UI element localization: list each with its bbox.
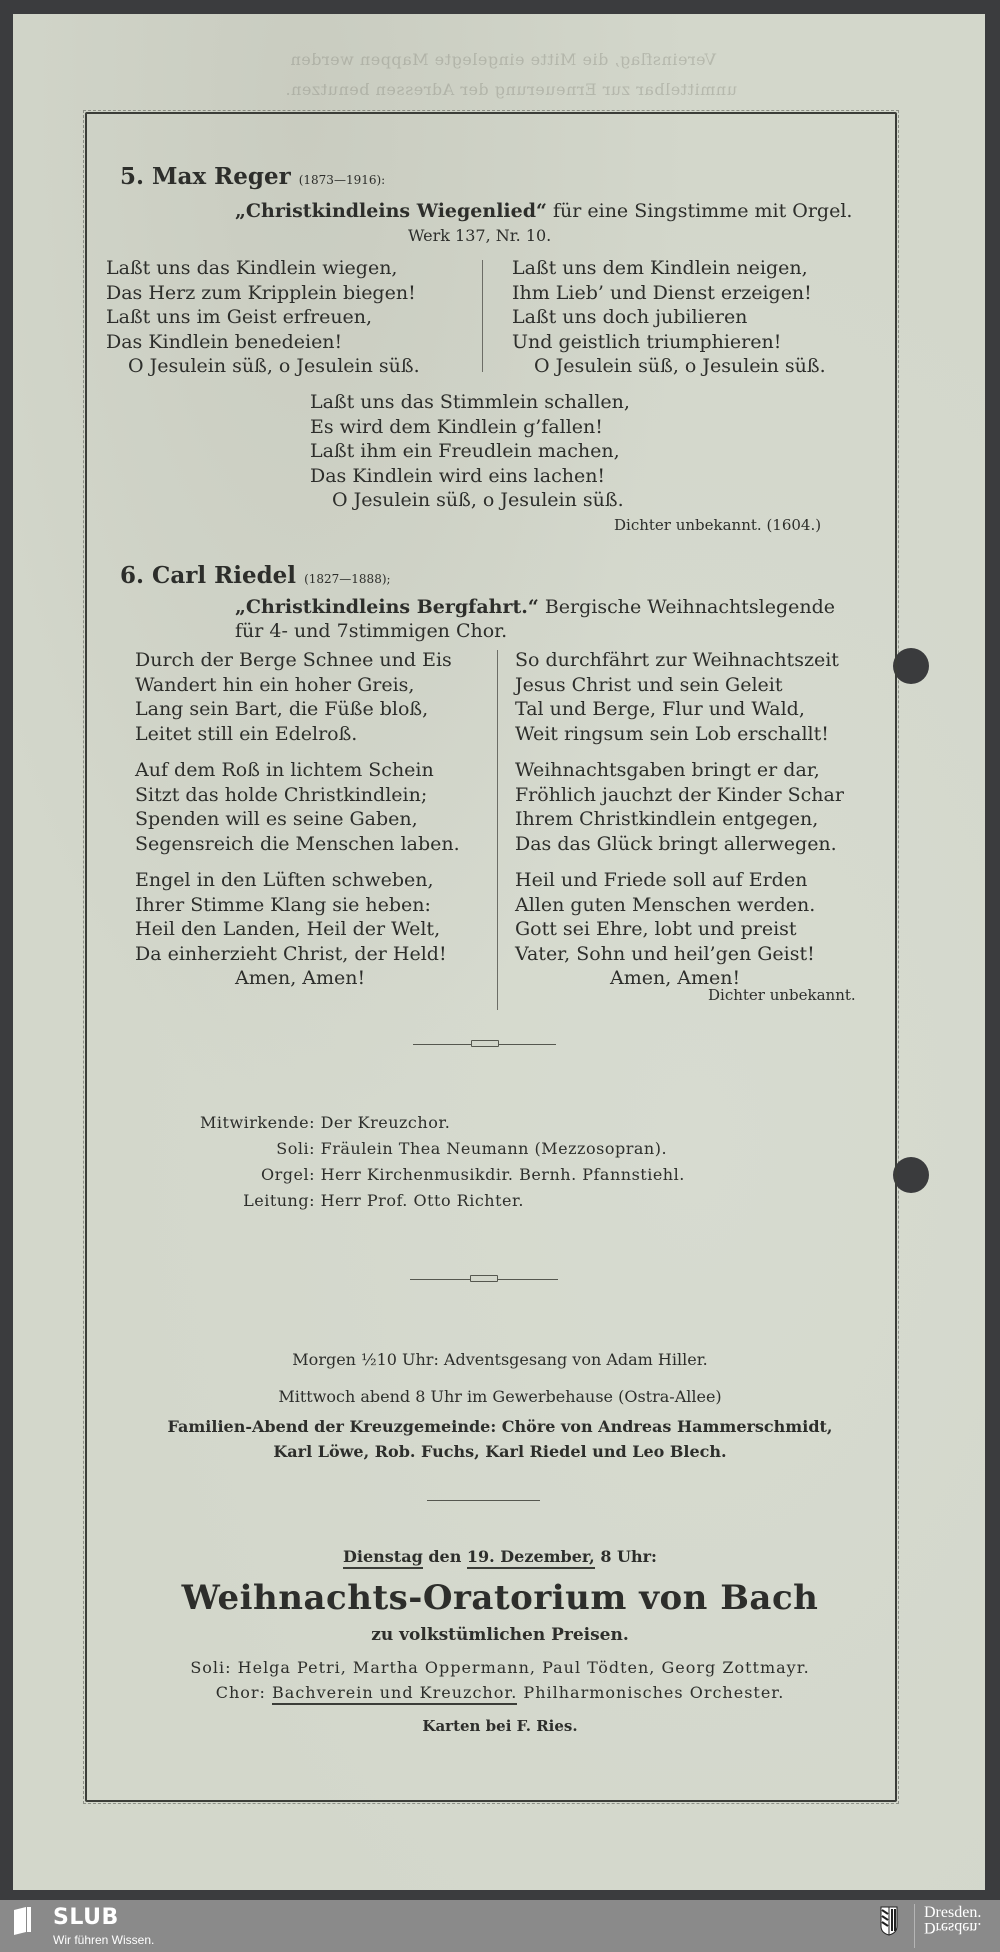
verse-line: Fröhlich jauchzt der Kinder Schar — [515, 783, 844, 808]
opus-number: Werk 137, Nr. 10. — [408, 226, 551, 245]
stanza: Auf dem Roß in lichtem Schein Sitzt das … — [135, 758, 460, 856]
library-footer: SLUB Wir führen Wissen. Dresden. Dresden… — [0, 1900, 1000, 1952]
verse-line: Leitet still ein Edelroß. — [135, 722, 460, 747]
verse-line: Durch der Berge Schnee und Eis — [135, 648, 460, 673]
verse-line: Und geistlich triumphieren! — [512, 330, 826, 355]
oratorio-title: Weihnachts-Oratorium von Bach — [0, 1578, 1000, 1618]
stanza: Durch der Berge Schnee und Eis Wandert h… — [135, 648, 460, 746]
piece-5-heading: 5. Max Reger (1873—1916): — [120, 163, 385, 190]
verse-line: Laßt ihm ein Freudlein machen, — [310, 439, 630, 464]
performer-row: Orgel: Herr Kirchenmusikdir. Bernh. Pfan… — [150, 1162, 685, 1188]
verse-line: Da einherzieht Christ, der Held! — [135, 942, 460, 967]
performers-list: Mitwirkende: Der Kreuzchor. Soli: Fräule… — [150, 1110, 685, 1214]
work-scoring: für 4- und 7stimmigen Chor. — [235, 620, 507, 642]
ticket-info: Karten bei F. Ries. — [0, 1717, 1000, 1735]
separator-rule — [427, 1500, 540, 1501]
performer-name: Der Kreuzchor. — [321, 1113, 451, 1132]
verse-left: Durch der Berge Schnee und Eis Wandert h… — [135, 648, 460, 1003]
oratorio-subtitle: zu volkstümlichen Preisen. — [0, 1625, 1000, 1645]
soli-label: Soli: — [190, 1658, 231, 1677]
slub-book-icon — [12, 1906, 34, 1936]
verse-line: Laßt uns im Geist erfreuen, — [106, 305, 420, 330]
composer-years: (1873—1916): — [299, 173, 385, 187]
verse-line: Ihm Lieb’ und Dienst erzeigen! — [512, 281, 826, 306]
piece-6-title: „Christkindleins Bergfahrt.“ Bergische W… — [235, 596, 835, 618]
oratorio-date: Dienstag den 19. Dezember, 8 Uhr: — [0, 1547, 1000, 1566]
announcement-composers: Karl Löwe, Rob. Fuchs, Karl Riedel und L… — [0, 1442, 1000, 1461]
footer-divider — [914, 1904, 915, 1948]
chor-names: Bachverein und Kreuzchor. — [272, 1683, 517, 1705]
poet-credit: Dichter unbekannt. (1604.) — [614, 516, 821, 534]
refrain-line: O Jesulein süß, o Jesulein süß. — [106, 354, 420, 379]
announcement-family-evening: Familien-Abend der Kreuzgemeinde: Chöre … — [0, 1417, 1000, 1436]
performer-row: Mitwirkende: Der Kreuzchor. — [150, 1110, 685, 1136]
column-divider — [497, 650, 498, 1010]
amen-line: Amen, Amen! — [135, 966, 460, 991]
oratorio-soloists: Soli: Helga Petri, Martha Oppermann, Pau… — [0, 1658, 1000, 1677]
refrain-line: O Jesulein süß, o Jesulein süß. — [310, 488, 630, 513]
column-divider — [482, 260, 483, 372]
chor-label: Chor: — [216, 1683, 266, 1702]
verse-line: Es wird dem Kindlein g’fallen! — [310, 415, 630, 440]
orchestra-name: Philharmonisches Orchester. — [517, 1683, 784, 1702]
work-title: „Christkindleins Wiegenlied“ — [235, 200, 547, 222]
performer-role: Orgel: — [150, 1162, 315, 1188]
date-day: Dienstag — [343, 1547, 423, 1569]
verse-line: Sitzt das holde Christkindlein; — [135, 783, 460, 808]
slub-logo-text: SLUB — [53, 1905, 119, 1930]
stanza: Engel in den Lüften schweben, Ihrer Stim… — [135, 868, 460, 991]
verse-line: Tal und Berge, Flur und Wald, — [515, 697, 844, 722]
work-scoring: für eine Singstimme mit Orgel. — [547, 200, 853, 222]
work-title: „Christkindleins Bergfahrt.“ — [235, 596, 539, 618]
verse-right: Laßt uns dem Kindlein neigen, Ihm Lieb’ … — [512, 256, 826, 379]
stanza: Weihnachtsgaben bringt er dar, Fröhlich … — [515, 758, 844, 856]
performer-name: Fräulein Thea Neumann (Mezzosopran). — [321, 1139, 667, 1158]
stanza: So durchfährt zur Weihnachtszeit Jesus C… — [515, 648, 844, 746]
verse-line: Laßt uns das Kindlein wiegen, — [106, 256, 420, 281]
verse-line: Das das Glück bringt allerwegen. — [515, 832, 844, 857]
work-genre: Bergische Weihnachtslegende — [539, 596, 835, 618]
verse-line: Laßt uns doch jubilieren — [512, 305, 826, 330]
performer-row: Leitung: Herr Prof. Otto Richter. — [150, 1188, 685, 1214]
verse-line: Heil und Friede soll auf Erden — [515, 868, 844, 893]
verse-line: Das Herz zum Kripplein biegen! — [106, 281, 420, 306]
performer-name: Herr Prof. Otto Richter. — [321, 1191, 524, 1210]
verse-line: Wandert hin ein hoher Greis, — [135, 673, 460, 698]
announcement-wednesday: Mittwoch abend 8 Uhr im Gewerbehause (Os… — [0, 1387, 1000, 1406]
performer-row: Soli: Fräulein Thea Neumann (Mezzosopran… — [150, 1136, 685, 1162]
composer-name: Max Reger — [152, 163, 291, 190]
performer-role: Mitwirkende: — [150, 1110, 315, 1136]
verse-line: Das Kindlein benedeien! — [106, 330, 420, 355]
verse-line: Weit ringsum sein Lob erschallt! — [515, 722, 844, 747]
verse-left: Laßt uns das Kindlein wiegen, Das Herz z… — [106, 256, 420, 379]
soli-names: Helga Petri, Martha Oppermann, Paul Tödt… — [238, 1658, 810, 1677]
verse-line: Gott sei Ehre, lobt und preist — [515, 917, 844, 942]
verse-line: So durchfährt zur Weihnachtszeit — [515, 648, 844, 673]
verse-line: Engel in den Lüften schweben, — [135, 868, 460, 893]
verse-line: Jesus Christ und sein Geleit — [515, 673, 844, 698]
ornament-center — [471, 1040, 499, 1047]
date-time: 8 Uhr: — [595, 1547, 657, 1566]
verse-line: Das Kindlein wird eins lachen! — [310, 464, 630, 489]
verse-line: Ihrem Christkindlein entgegen, — [515, 807, 844, 832]
verse-center: Laßt uns das Stimmlein schallen, Es wird… — [310, 390, 630, 513]
oratorio-choir: Chor: Bachverein und Kreuzchor. Philharm… — [0, 1683, 1000, 1702]
verse-line: Segensreich die Menschen laben. — [135, 832, 460, 857]
refrain-line: O Jesulein süß, o Jesulein süß. — [512, 354, 826, 379]
dresden-crest-icon — [880, 1906, 898, 1936]
date-date: 19. Dezember, — [467, 1547, 595, 1569]
ornament-center — [470, 1275, 498, 1282]
dresden-logo: Dresden. Dresden. — [924, 1906, 981, 1934]
slub-tagline: Wir führen Wissen. — [53, 1933, 154, 1947]
verse-line: Vater, Sohn und heil’gen Geist! — [515, 942, 844, 967]
verse-line: Spenden will es seine Gaben, — [135, 807, 460, 832]
verse-line: Laßt uns das Stimmlein schallen, — [310, 390, 630, 415]
verse-right: So durchfährt zur Weihnachtszeit Jesus C… — [515, 648, 844, 1003]
performer-name: Herr Kirchenmusikdir. Bernh. Pfannstiehl… — [321, 1165, 685, 1184]
piece-number: 5. — [120, 163, 144, 190]
announcement-morning: Morgen ½10 Uhr: Adventsgesang von Adam H… — [0, 1350, 1000, 1369]
piece-number: 6. — [120, 562, 144, 589]
bleed-through-text: Vereinsflag, die Mitte eingelegte Mappen… — [290, 50, 716, 69]
poet-credit: Dichter unbekannt. — [708, 986, 856, 1004]
verse-line: Allen guten Menschen werden. — [515, 893, 844, 918]
verse-line: Lang sein Bart, die Füße bloß, — [135, 697, 460, 722]
verse-line: Ihrer Stimme Klang sie heben: — [135, 893, 460, 918]
performer-role: Leitung: — [150, 1188, 315, 1214]
performer-role: Soli: — [150, 1136, 315, 1162]
bleed-through-text: unmittelbar zur Erneuerung der Adressen … — [285, 80, 737, 99]
dresden-wordmark-mirror: Dresden. — [924, 1920, 981, 1934]
verse-line: Laßt uns dem Kindlein neigen, — [512, 256, 826, 281]
date-connector: den — [423, 1547, 467, 1566]
verse-line: Auf dem Roß in lichtem Schein — [135, 758, 460, 783]
piece-5-title: „Christkindleins Wiegenlied“ für eine Si… — [235, 200, 852, 222]
composer-years: (1827—1888); — [304, 572, 390, 586]
verse-line: Heil den Landen, Heil der Welt, — [135, 917, 460, 942]
verse-line: Weihnachtsgaben bringt er dar, — [515, 758, 844, 783]
composer-name: Carl Riedel — [152, 562, 296, 589]
piece-6-heading: 6. Carl Riedel (1827—1888); — [120, 562, 391, 589]
stanza: Heil und Friede soll auf Erden Allen gut… — [515, 868, 844, 991]
